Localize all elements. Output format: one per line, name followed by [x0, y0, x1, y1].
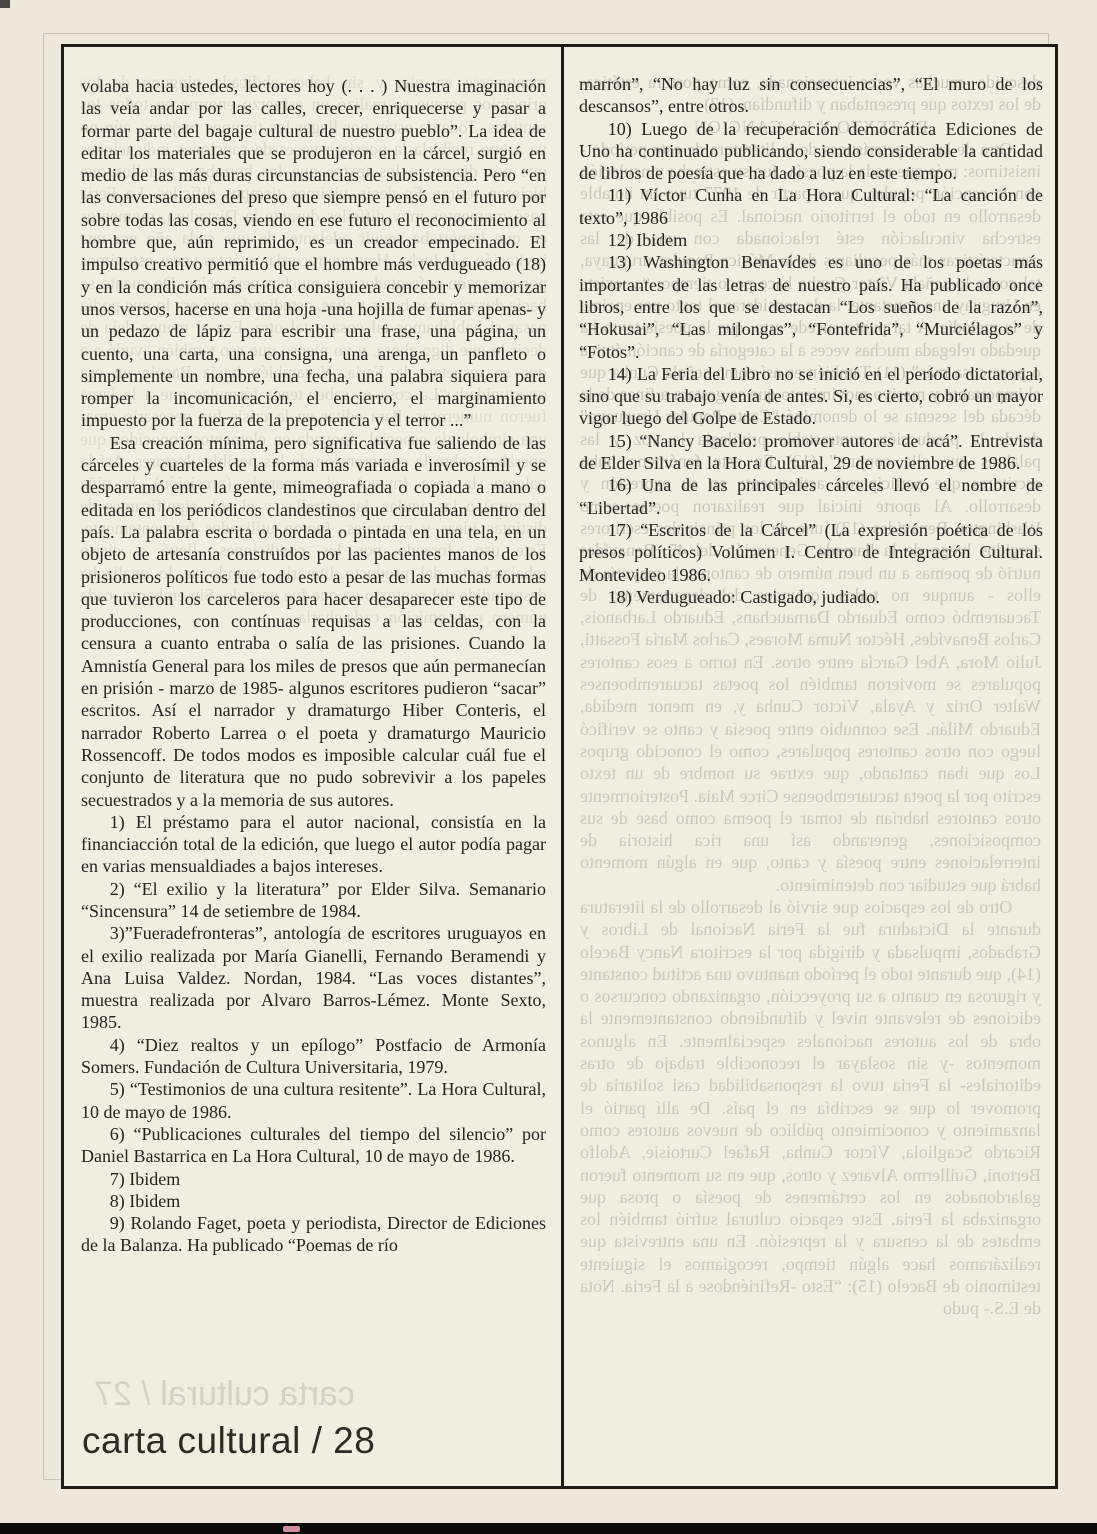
- footnote-16: 16) Una de las principales cárceles llev…: [579, 474, 1043, 519]
- left-column: mantenerse en pie, y sin haber abdicado …: [64, 47, 561, 1486]
- footnote-6: 6) “Publicaciones culturales del tiempo …: [81, 1123, 546, 1168]
- footnote-4: 4) “Diez realtos y un epílogo” Postfacio…: [81, 1034, 546, 1079]
- scan-bottom-band: [0, 1523, 1097, 1534]
- footnote-17: 17) “Escritos de la Cárcel” (La expresió…: [579, 519, 1043, 586]
- scan-artifact: [283, 1526, 300, 1532]
- scanned-magazine-page: mantenerse en pie, y sin haber abdicado …: [0, 0, 1097, 1534]
- footnote-10: 10) Luego de la recuperación democrática…: [579, 118, 1043, 185]
- right-column: descuido -muchas veces intencionada, com…: [564, 47, 1055, 1486]
- footnote-18: 18) Verdugueado: Castigado, judiado.: [579, 586, 1043, 608]
- footnote-14: 14) La Feria del Libro no se inició en e…: [579, 363, 1043, 430]
- footer-bleedthrough: carta cultural / 27: [94, 1375, 355, 1414]
- footnote-2: 2) “El exilio y la literatura” por Elder…: [81, 878, 546, 923]
- footnote-7: 7) Ibidem: [81, 1168, 546, 1190]
- footnote-9-continuation: marrón”, “No hay luz sin consecuencias”,…: [579, 73, 1043, 118]
- footnote-3: 3)”Fueradefronteras”, antología de escri…: [81, 922, 546, 1033]
- footnote-9: 9) Rolando Faget, poeta y periodista, Di…: [81, 1212, 546, 1257]
- footnote-11: 11) Víctor Cunha en La Hora Cultural: “L…: [579, 184, 1043, 229]
- bleed-paragraph: Otro de los espacios que sirvió al desar…: [580, 896, 1041, 1320]
- page-frame: mantenerse en pie, y sin haber abdicado …: [61, 44, 1058, 1489]
- page-footer-title: carta cultural / 28: [82, 1420, 375, 1462]
- left-column-text: volaba hacia ustedes, lectores hoy (. . …: [81, 75, 546, 1257]
- footnote-15: 15) “Nancy Bacelo: promover autores de a…: [579, 430, 1043, 475]
- footnote-8: 8) Ibidem: [81, 1190, 546, 1212]
- body-paragraph-1: volaba hacia ustedes, lectores hoy (. . …: [81, 75, 546, 432]
- right-column-text: marrón”, “No hay luz sin consecuencias”,…: [579, 73, 1043, 608]
- footnote-13: 13) Washington Benavídes es uno de los p…: [579, 251, 1043, 362]
- footnote-5: 5) “Testimonios de una cultura resitente…: [81, 1078, 546, 1123]
- footnote-1: 1) El préstamo para el autor nacional, c…: [81, 811, 546, 878]
- footnote-12: 12) Ibidem: [579, 229, 1043, 251]
- scan-corner-artifact: [0, 0, 10, 8]
- body-paragraph-2: Esa creación mínima, pero significativa …: [81, 432, 546, 811]
